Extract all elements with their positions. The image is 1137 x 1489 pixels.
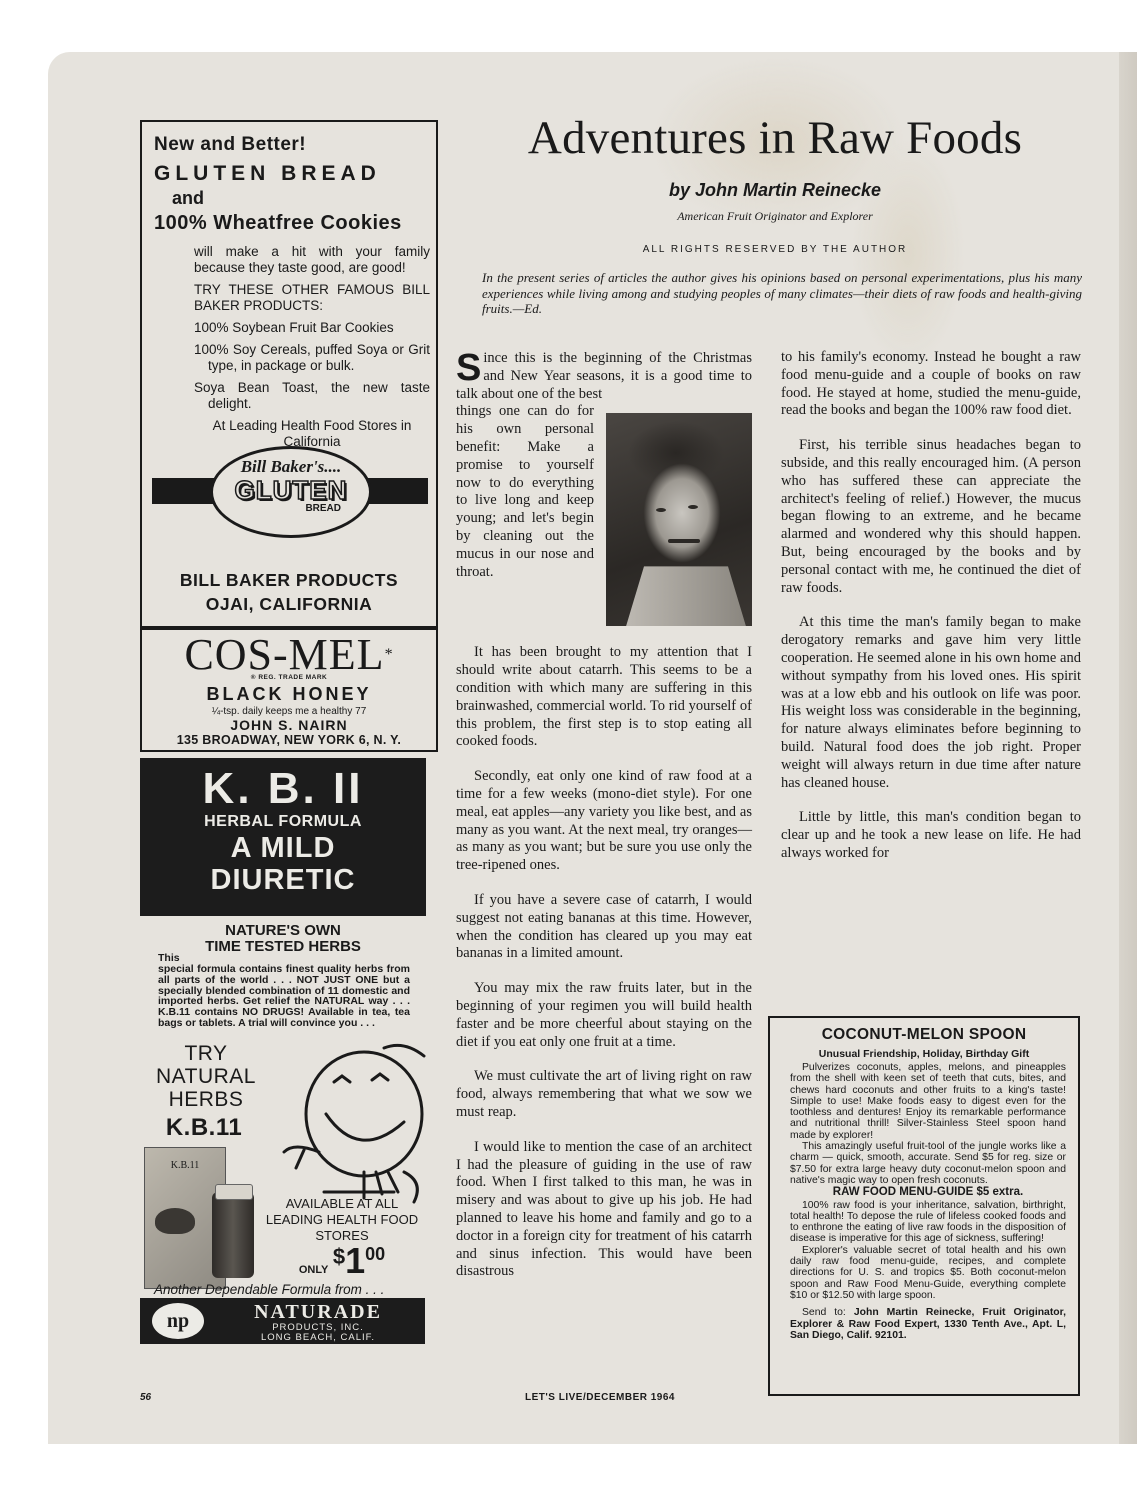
kb11-brand: K.B.11 [148,1114,260,1142]
ad-headline-cookies: 100% Wheatfree Cookies [154,212,402,235]
kb11-title: K. B. II [140,766,426,812]
author-photo [606,413,752,626]
article-intro: Since this is the beginning of the Chris… [456,350,752,403]
intro-text: ince this is the beginning of the Christ… [456,350,752,402]
ad-body-line: will make a hit with your family because… [194,244,430,276]
gluten-bread-ad: New and Better! GLUTEN BREAD and 100% Wh… [140,120,438,628]
product-name: BLACK HONEY [142,684,436,705]
photo-detail [668,539,700,543]
intro-wrap-text: things one can do for his own personal b… [456,403,594,626]
price-cents: 00 [365,1244,385,1264]
article-paragraph: First, his terrible sinus headaches bega… [781,437,1081,597]
page-footer: LET'S LIVE/DECEMBER 1964 [450,1392,750,1403]
coconut-ad-paragraph: Pulverizes coconuts, apples, melons, and… [790,1062,1066,1141]
article-paragraph: I would like to mention the case of an a… [456,1139,752,1281]
asterisk-mark: * [385,646,394,663]
price-whole: 1 [345,1240,365,1281]
maker-name: NATURADE [220,1301,416,1324]
cosmel-black-honey-ad: COS-MEL* ® REG. TRADE MARK BLACK HONEY ¼… [140,628,438,752]
maker-address: PRODUCTS, INC. LONG BEACH, CALIF. [220,1323,416,1343]
brand-name: COS-MEL [184,630,384,679]
kb11-subtitle: HERBAL FORMULA [140,813,426,831]
menu-guide-offer: RAW FOOD MENU-GUIDE $5 extra. [790,1187,1066,1198]
coconut-ad-paragraph: Explorer's valuable secret of total heal… [790,1245,1066,1301]
kb11-line1: A MILD [140,833,426,863]
send-label: Send to: [802,1307,846,1318]
rights-notice: ALL RIGHTS RESERVED BY THE AUTHOR [455,244,1095,255]
page-spine-edge [1119,52,1137,1444]
article-paragraph-continued: to his family's economy. Instead he boug… [781,349,1081,420]
ad-body-line: TRY THESE OTHER FAMOUS BILL BAKER PRODUC… [194,282,430,314]
teapot-icon [155,1208,195,1234]
bill-baker-logo: Bill Baker's.... GLUTEN BREAD [152,444,428,540]
coconut-ad-paragraph: This amazingly useful fruit-tool of the … [790,1141,1066,1186]
coconut-ad-body: Pulverizes coconuts, apples, melons, and… [790,1062,1066,1341]
article-paragraph: At this time the man's family began to m… [781,614,1081,792]
price-only: ONLY [299,1264,329,1276]
coconut-ad-subtitle: Unusual Friendship, Holiday, Birthday Gi… [770,1048,1078,1060]
drop-cap: S [456,352,481,384]
ad-headline-product: GLUTEN BREAD [154,162,381,186]
article-column-2: to his family's economy. Instead he boug… [781,349,1081,880]
coconut-ad-title: COCONUT-MELON SPOON [770,1026,1078,1044]
ad-headline-and: and [172,188,204,209]
cosmel-brand: COS-MEL* [142,632,436,678]
photo-detail [626,566,746,626]
coconut-melon-spoon-ad: COCONUT-MELON SPOON Unusual Friendship, … [768,1016,1080,1396]
another-formula: Another Dependable Formula from . . . [154,1282,384,1297]
article-title: Adventures in Raw Foods [455,110,1095,166]
try-natural-herbs: TRY NATURAL HERBS [146,1042,266,1111]
editor-note: In the present series of articles the au… [482,270,1082,317]
page-number: 56 [140,1392,151,1403]
kb11-description: special formula contains finest quality … [158,964,410,1029]
naturade-logo-icon: np [152,1303,204,1339]
jar-cap [215,1184,253,1200]
photo-detail [688,505,698,509]
nature-heading: NATURE'S OWN [140,922,426,939]
kb11-line2: DIURETIC [140,865,426,895]
article-byline: by John Martin Reinecke [455,180,1095,201]
ad-body: will make a hit with your family because… [194,244,430,456]
price: ONLY $100 [256,1244,428,1278]
article-paragraph: We must cultivate the art of living righ… [456,1068,752,1121]
coconut-ad-paragraph: 100% raw food is your inheritance, salva… [790,1200,1066,1245]
kb11-tablet-jar [212,1192,254,1278]
photo-detail [656,508,666,512]
article-column-1: Since this is the beginning of the Chris… [456,350,752,1298]
ad-body-line: Soya Bean Toast, the new taste delight. [194,380,430,412]
kb11-herbal-ad: K. B. II HERBAL FORMULA A MILD DIURETIC … [140,752,438,1400]
logo-script: Bill Baker's.... [213,457,369,477]
ad-company: BILL BAKER PRODUCTS [142,570,436,591]
logo-oval: Bill Baker's.... GLUTEN BREAD [210,446,372,538]
send-to-address: Send to: John Martin Reinecke, Fruit Ori… [790,1307,1066,1341]
article-paragraph: Secondly, eat only one kind of raw food … [456,768,752,875]
intro-with-photo: things one can do for his own personal b… [456,403,752,626]
tagline: ¼-tsp. daily keeps me a healthy 77 [142,706,436,717]
ad-body-line: 100% Soybean Fruit Bar Cookies [194,320,430,336]
article-paragraph: Little by little, this man's condition b… [781,809,1081,862]
logo-word: GLUTEN [213,477,369,503]
try-line: TRY [146,1042,266,1065]
naturade-banner: np NATURADE PRODUCTS, INC. LONG BEACH, C… [140,1298,425,1344]
try-line: HERBS [146,1088,266,1111]
box-label: K.B.11 [145,1160,225,1171]
article-paragraph: You may mix the raw fruits later, but in… [456,980,752,1051]
smiling-man-cartoon-icon [264,1042,430,1217]
maker-line: LONG BEACH, CALIF. [220,1333,416,1343]
nature-heading-2: TIME TESTED HERBS [140,938,426,955]
ad-location: OJAI, CALIFORNIA [142,594,436,615]
kb11-banner: K. B. II HERBAL FORMULA A MILD DIURETIC [140,758,426,916]
advertiser-name: JOHN S. NAIRN [142,717,436,733]
author-title: American Fruit Originator and Explorer [455,209,1095,224]
try-line: NATURAL [146,1065,266,1088]
price-dollar: $ [333,1244,345,1269]
availability-text: AVAILABLE AT ALL LEADING HEALTH FOOD STO… [256,1196,428,1244]
advertiser-address: 135 BROADWAY, NEW YORK 6, N. Y. [142,733,436,747]
trademark-note: ® REG. TRADE MARK [142,674,436,681]
ad-body-line: 100% Soy Cereals, puffed Soya or Grit ty… [194,342,430,374]
ad-headline: New and Better! [154,134,306,156]
article-paragraph: If you have a severe case of catarrh, I … [456,892,752,963]
article-paragraph: It has been brought to my attention that… [456,644,752,751]
